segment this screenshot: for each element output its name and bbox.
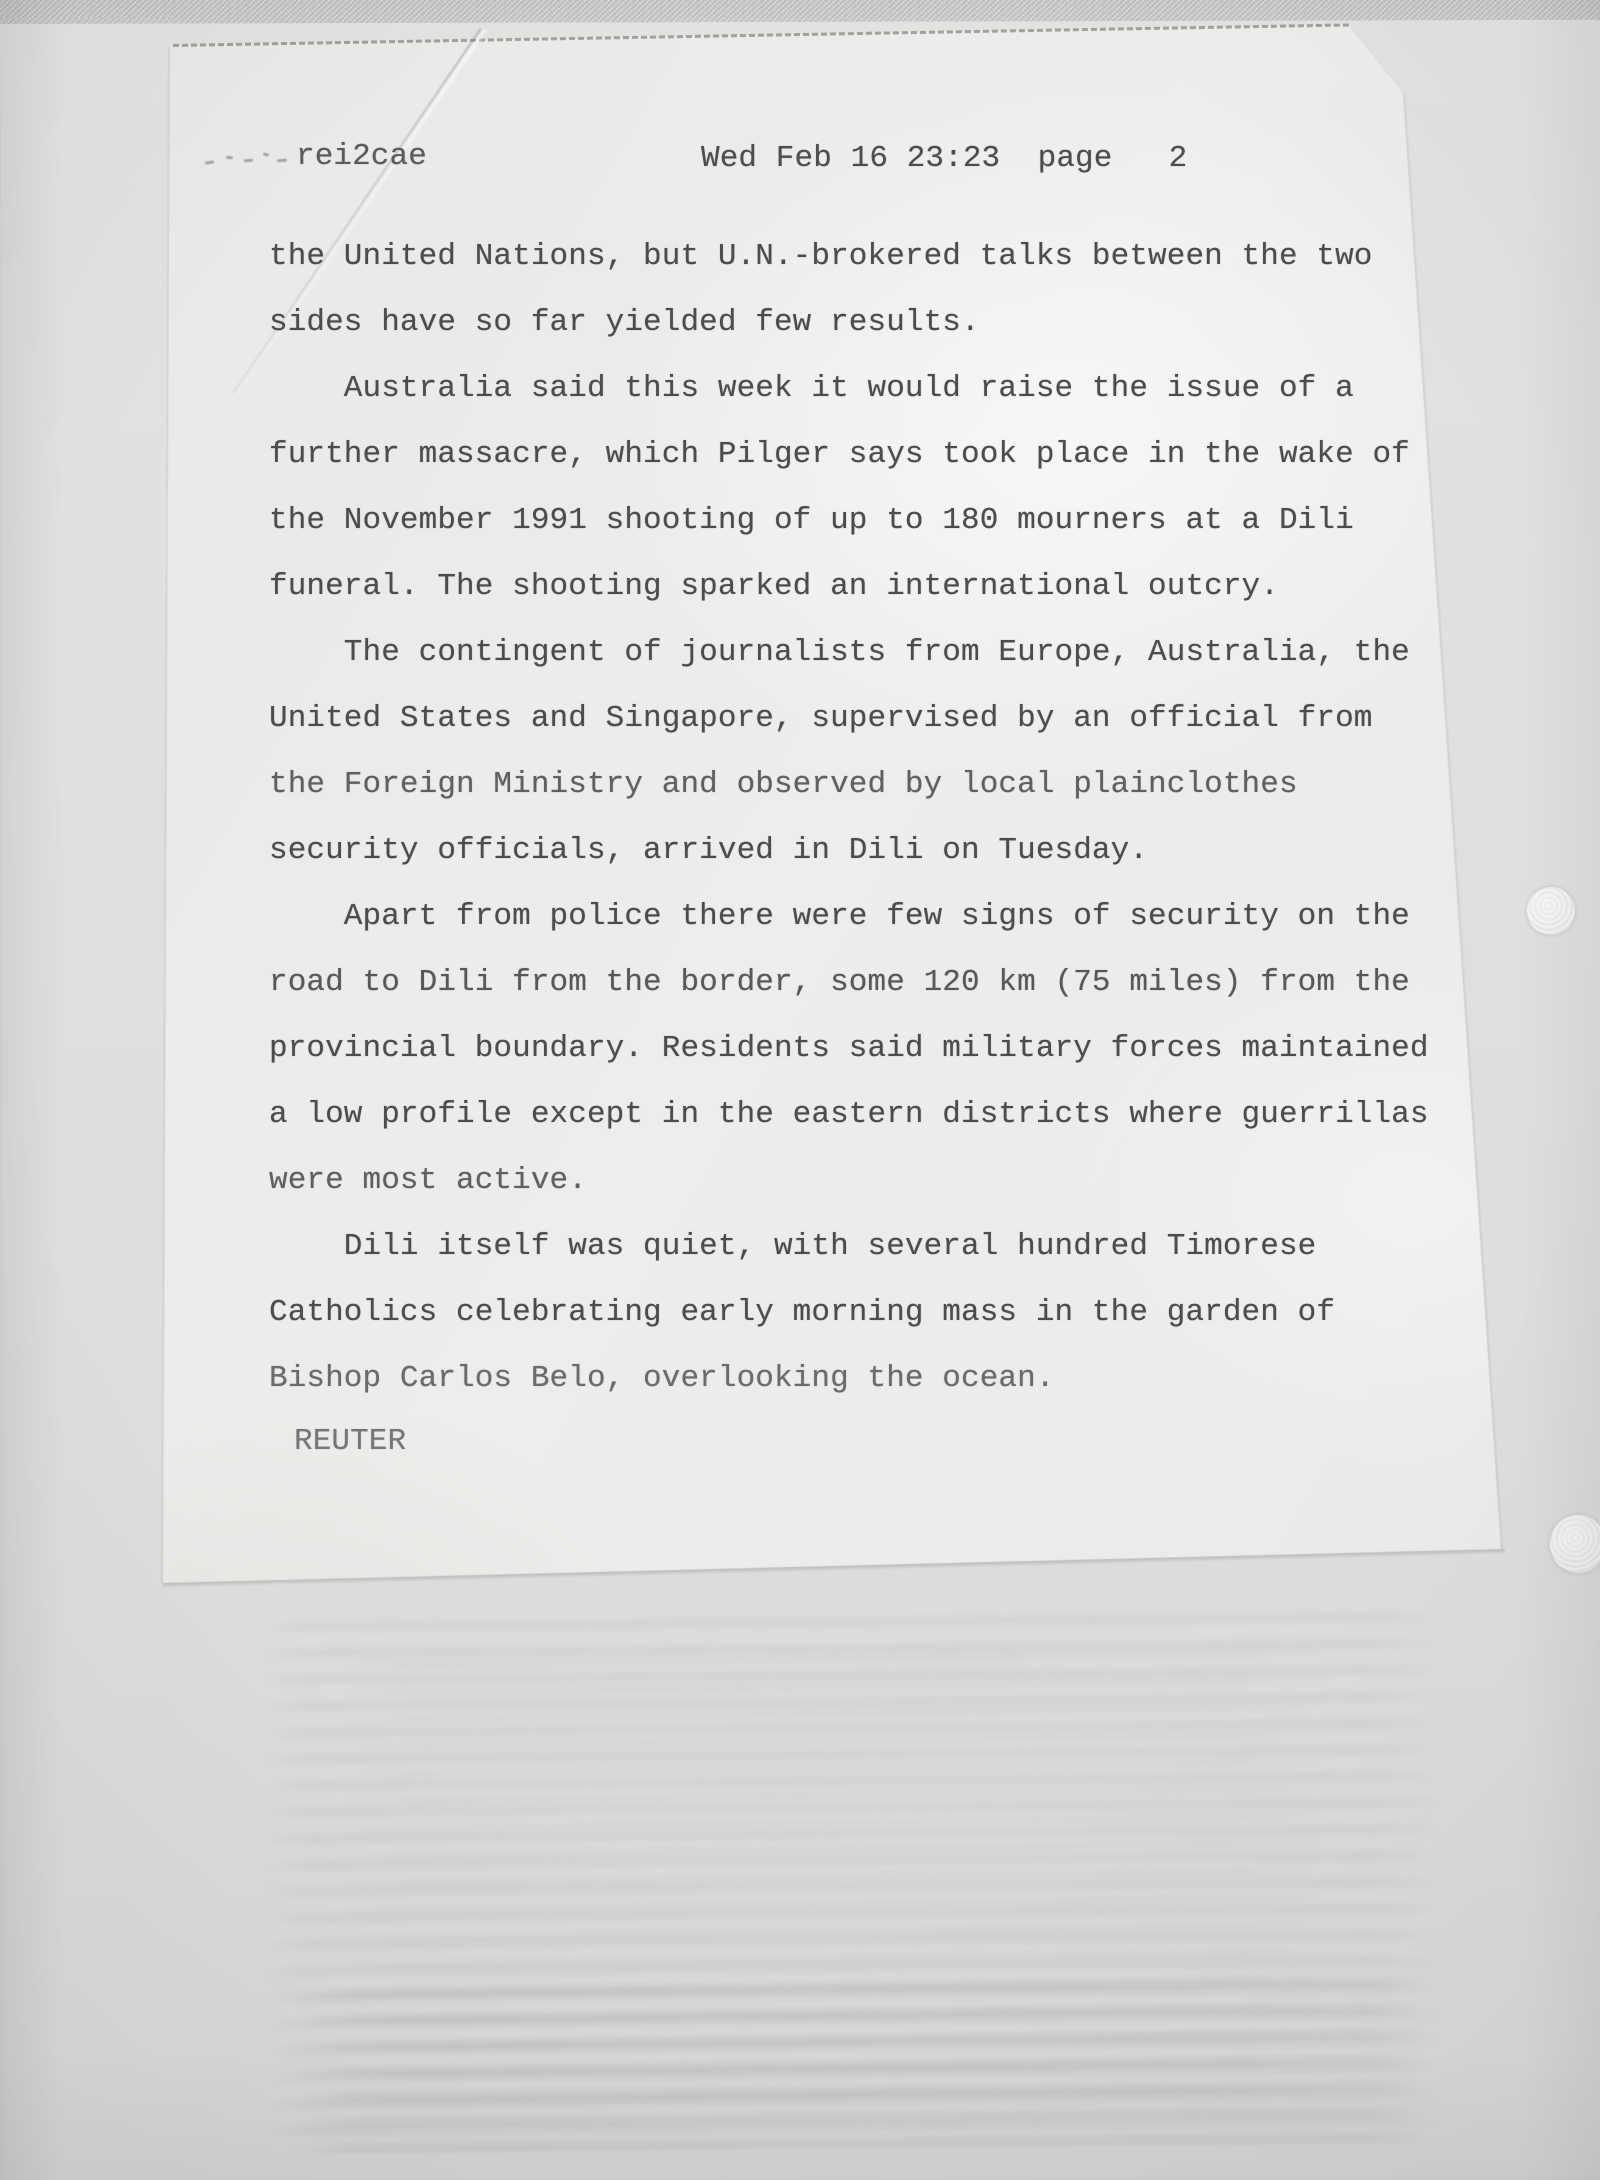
body-line: a low profile except in the eastern dist… [269, 1082, 1429, 1148]
hole-punch-top [1526, 886, 1576, 936]
body-line: the November 1991 shooting of up to 180 … [269, 488, 1429, 554]
body-line: Catholics celebrating early morning mass… [269, 1280, 1429, 1346]
body-line: The contingent of journalists from Europ… [269, 620, 1429, 686]
pencil-mark [244, 159, 253, 162]
article-body: the United Nations, but U.N.-brokered ta… [269, 224, 1429, 1412]
body-line: the Foreign Ministry and observed by loc… [269, 752, 1429, 818]
body-line: funeral. The shooting sparked an interna… [269, 554, 1429, 620]
body-line: Australia said this week it would raise … [269, 356, 1429, 422]
body-line: were most active. [269, 1148, 1429, 1214]
page-slug: rei2cae [296, 139, 427, 174]
body-line: further massacre, which Pilger says took… [269, 422, 1429, 488]
body-line: Dili itself was quiet, with several hund… [269, 1214, 1429, 1280]
body-line: road to Dili from the border, some 120 k… [269, 950, 1429, 1016]
body-line: provincial boundary. Residents said mili… [269, 1016, 1429, 1082]
agency-signoff: REUTER [294, 1424, 406, 1459]
hole-punch-bottom [1549, 1514, 1600, 1574]
body-line: United States and Singapore, supervised … [269, 686, 1429, 752]
body-line: security officials, arrived in Dili on T… [269, 818, 1429, 884]
scanned-news-wire-page: rei2cae Wed Feb 16 23:23 page 2 the Unit… [0, 0, 1600, 2180]
body-line: Apart from police there were few signs o… [269, 884, 1429, 950]
page-dateline: Wed Feb 16 23:23 page 2 [701, 141, 1187, 176]
body-line: the United Nations, but U.N.-brokered ta… [269, 224, 1429, 290]
body-line: sides have so far yielded few results. [269, 290, 1429, 356]
body-line: Bishop Carlos Belo, overlooking the ocea… [269, 1346, 1429, 1412]
pencil-mark [226, 156, 233, 160]
